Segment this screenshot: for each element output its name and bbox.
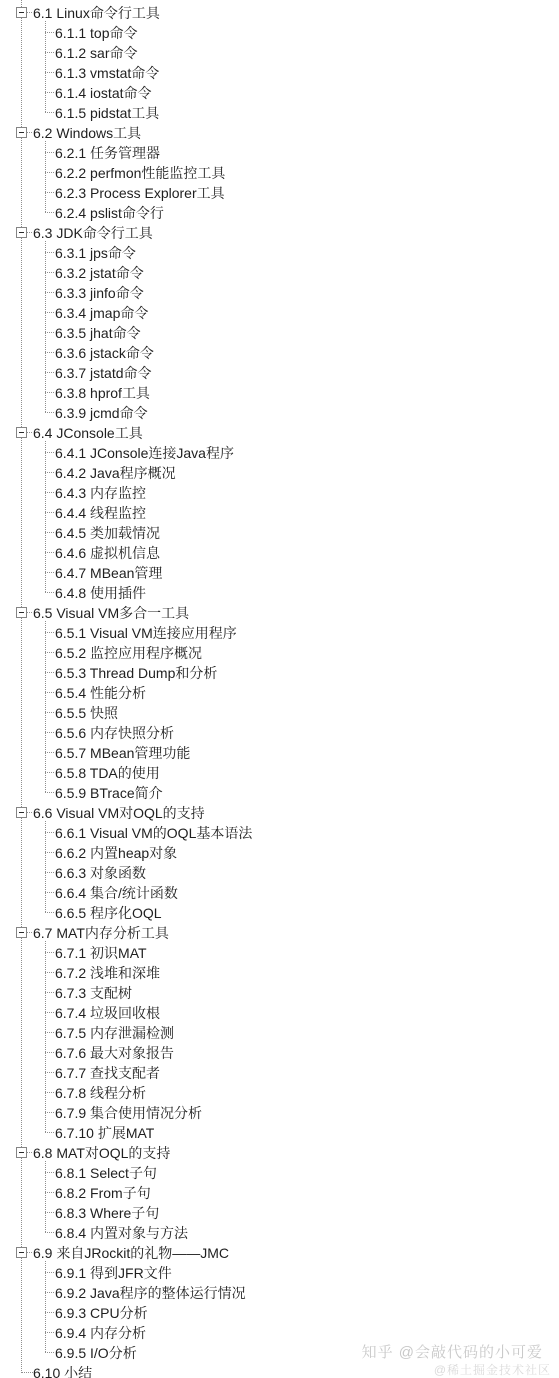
section-label[interactable]: 6.5 Visual VM多合一工具 [33, 603, 189, 623]
item-label[interactable]: 6.1.4 iostat命令 [55, 83, 152, 103]
tree-section-row: 6.3 JDK命令行工具 [0, 223, 559, 243]
collapse-icon[interactable] [16, 807, 27, 818]
tree-item-row: 6.5.3 Thread Dump和分析 [0, 663, 559, 683]
tree-item-row: 6.2.1 任务管理器 [0, 143, 559, 163]
tree-connector-line [45, 821, 46, 913]
tree-item-row: 6.1.1 top命令 [0, 23, 559, 43]
item-label[interactable]: 6.7.8 线程分析 [55, 1083, 146, 1103]
tree-item-row: 6.1.5 pidstat工具 [0, 103, 559, 123]
section-label[interactable]: 6.2 Windows工具 [33, 123, 141, 143]
item-label[interactable]: 6.3.4 jmap命令 [55, 303, 148, 323]
item-label[interactable]: 6.6.2 内置heap对象 [55, 843, 177, 863]
tree-item-row: 6.5.1 Visual VM连接应用程序 [0, 623, 559, 643]
zhihu-watermark: 知乎 @会敲代码的小可爱 [362, 1341, 543, 1362]
tree-item-row: 6.3.8 hprof工具 [0, 383, 559, 403]
item-label[interactable]: 6.2.3 Process Explorer工具 [55, 183, 225, 203]
item-label[interactable]: 6.5.4 性能分析 [55, 683, 146, 703]
tree-item-row: 6.4.3 内存监控 [0, 483, 559, 503]
item-label[interactable]: 6.7.7 查找支配者 [55, 1063, 160, 1083]
item-label[interactable]: 6.3.7 jstatd命令 [55, 363, 152, 383]
collapse-icon[interactable] [16, 127, 27, 138]
tree-connector-line [45, 141, 46, 213]
tree-connector-line [45, 1161, 46, 1233]
item-label[interactable]: 6.5.6 内存快照分析 [55, 723, 174, 743]
item-label[interactable]: 6.2.1 任务管理器 [55, 143, 160, 163]
tree-item-row: 6.6.1 Visual VM的OQL基本语法 [0, 823, 559, 843]
tree-item-row: 6.4.8 使用插件 [0, 583, 559, 603]
tree-item-row: 6.4.6 虚拟机信息 [0, 543, 559, 563]
tree-item-row: 6.6.4 集合/统计函数 [0, 883, 559, 903]
tree-item-row: 6.4.4 线程监控 [0, 503, 559, 523]
item-label[interactable]: 6.3.1 jps命令 [55, 243, 136, 263]
item-label[interactable]: 6.3.5 jhat命令 [55, 323, 141, 343]
tree-item-row: 6.1.2 sar命令 [0, 43, 559, 63]
tree-item-row: 6.7.2 浅堆和深堆 [0, 963, 559, 983]
tree-item-row: 6.2.4 pslist命令行 [0, 203, 559, 223]
item-label[interactable]: 6.8.3 Where子句 [55, 1203, 159, 1223]
tree-item-row: 6.7.4 垃圾回收根 [0, 1003, 559, 1023]
section-label[interactable]: 6.3 JDK命令行工具 [33, 223, 153, 243]
tree-item-row: 6.6.2 内置heap对象 [0, 843, 559, 863]
tree-section-row: 6.6 Visual VM对OQL的支持 [0, 803, 559, 823]
item-label[interactable]: 6.5.3 Thread Dump和分析 [55, 663, 217, 683]
item-label[interactable]: 6.1.2 sar命令 [55, 43, 137, 63]
tree-connector-line [45, 241, 46, 413]
item-label[interactable]: 6.6.4 集合/统计函数 [55, 883, 178, 903]
item-label[interactable]: 6.8.2 From子句 [55, 1183, 151, 1203]
tree-section-row: 6.9 来自JRockit的礼物——JMC [0, 1243, 559, 1263]
tree-connector-line [45, 621, 46, 793]
tree-item-row: 6.5.5 快照 [0, 703, 559, 723]
tree-item-row: 6.9.4 内存分析 [0, 1323, 559, 1343]
tree-item-row: 6.6.5 程序化OQL [0, 903, 559, 923]
item-label[interactable]: 6.5.5 快照 [55, 703, 118, 723]
tree-connector-line [21, 0, 22, 1373]
toc-tree: 6.1 Linux命令行工具6.1.1 top命令6.1.2 sar命令6.1.… [0, 0, 559, 1378]
collapse-icon[interactable] [16, 427, 27, 438]
tree-connector-line [45, 21, 46, 113]
tree-item-row: 6.7.1 初识MAT [0, 943, 559, 963]
tree-item-row: 6.7.7 查找支配者 [0, 1063, 559, 1083]
item-label[interactable]: 6.3.2 jstat命令 [55, 263, 144, 283]
section-label[interactable]: 6.8 MAT对OQL的支持 [33, 1143, 170, 1163]
tree-item-row: 6.8.1 Select子句 [0, 1163, 559, 1183]
tree-item-row: 6.4.1 JConsole连接Java程序 [0, 443, 559, 463]
item-label[interactable]: 6.6.5 程序化OQL [55, 903, 162, 923]
item-label[interactable]: 6.1.1 top命令 [55, 23, 138, 43]
tree-item-row: 6.9.2 Java程序的整体运行情况 [0, 1283, 559, 1303]
collapse-icon[interactable] [16, 607, 27, 618]
item-label[interactable]: 6.7.6 最大对象报告 [55, 1043, 174, 1063]
item-label[interactable]: 6.4.5 类加载情况 [55, 523, 160, 543]
item-label[interactable]: 6.1.5 pidstat工具 [55, 103, 159, 123]
tree-item-row: 6.5.6 内存快照分析 [0, 723, 559, 743]
item-label[interactable]: 6.5.2 监控应用程序概况 [55, 643, 202, 663]
section-label[interactable]: 6.7 MAT内存分析工具 [33, 923, 169, 943]
tree-item-row: 6.5.7 MBean管理功能 [0, 743, 559, 763]
tree-item-row: 6.7.8 线程分析 [0, 1083, 559, 1103]
tree-item-row: 6.2.3 Process Explorer工具 [0, 183, 559, 203]
item-label[interactable]: 6.8.4 内置对象与方法 [55, 1223, 188, 1243]
tree-item-row: 6.7.6 最大对象报告 [0, 1043, 559, 1063]
section-label[interactable]: 6.1 Linux命令行工具 [33, 3, 160, 23]
tree-item-row: 6.3.7 jstatd命令 [0, 363, 559, 383]
item-label[interactable]: 6.4.6 虚拟机信息 [55, 543, 160, 563]
collapse-icon[interactable] [16, 227, 27, 238]
tree-item-row: 6.7.9 集合使用情况分析 [0, 1103, 559, 1123]
item-label[interactable]: 6.9.5 I/O分析 [55, 1343, 137, 1363]
tree-item-row: 6.3.2 jstat命令 [0, 263, 559, 283]
tree-section-row: 6.8 MAT对OQL的支持 [0, 1143, 559, 1163]
item-label[interactable]: 6.4.7 MBean管理 [55, 563, 162, 583]
item-label[interactable]: 6.4.4 线程监控 [55, 503, 146, 523]
item-label[interactable]: 6.1.3 vmstat命令 [55, 63, 159, 83]
item-label[interactable]: 6.4.1 JConsole连接Java程序 [55, 443, 234, 463]
item-label[interactable]: 6.5.1 Visual VM连接应用程序 [55, 623, 237, 643]
item-label[interactable]: 6.3.9 jcmd命令 [55, 403, 148, 423]
tree-item-row: 6.9.3 CPU分析 [0, 1303, 559, 1323]
item-label[interactable]: 6.7.3 支配树 [55, 983, 132, 1003]
tree-connector-line [45, 1261, 46, 1353]
item-label[interactable]: 6.7.4 垃圾回收根 [55, 1003, 160, 1023]
item-label[interactable]: 6.9.3 CPU分析 [55, 1303, 148, 1323]
tree-item-row: 6.3.3 jinfo命令 [0, 283, 559, 303]
tree-item-row: 6.2.2 perfmon性能监控工具 [0, 163, 559, 183]
section-label[interactable]: 6.10 小结 [33, 1363, 92, 1378]
item-label[interactable]: 6.7.5 内存泄漏检测 [55, 1023, 174, 1043]
collapse-icon[interactable] [16, 1247, 27, 1258]
tree-connector-line [45, 941, 46, 1133]
tree-item-row: 6.7.5 内存泄漏检测 [0, 1023, 559, 1043]
tree-item-row: 6.8.3 Where子句 [0, 1203, 559, 1223]
tree-item-row: 6.4.5 类加载情况 [0, 523, 559, 543]
tree-item-row: 6.5.8 TDA的使用 [0, 763, 559, 783]
tree-item-row: 6.4.7 MBean管理 [0, 563, 559, 583]
tree-item-row: 6.3.1 jps命令 [0, 243, 559, 263]
tree-item-row: 6.6.3 对象函数 [0, 863, 559, 883]
item-label[interactable]: 6.5.9 BTrace简介 [55, 783, 163, 803]
item-label[interactable]: 6.3.3 jinfo命令 [55, 283, 144, 303]
tree-item-row: 6.3.5 jhat命令 [0, 323, 559, 343]
item-label[interactable]: 6.2.4 pslist命令行 [55, 203, 164, 223]
tree-item-row: 6.5.2 监控应用程序概况 [0, 643, 559, 663]
item-label[interactable]: 6.9.1 得到JFR文件 [55, 1263, 172, 1283]
section-label[interactable]: 6.9 来自JRockit的礼物——JMC [33, 1243, 229, 1263]
tree-section-row: 6.5 Visual VM多合一工具 [0, 603, 559, 623]
item-label[interactable]: 6.3.6 jstack命令 [55, 343, 154, 363]
section-label[interactable]: 6.6 Visual VM对OQL的支持 [33, 803, 205, 823]
tree-item-row: 6.8.2 From子句 [0, 1183, 559, 1203]
item-label[interactable]: 6.4.3 内存监控 [55, 483, 146, 503]
tree-section-row: 6.1 Linux命令行工具 [0, 3, 559, 23]
item-label[interactable]: 6.7.9 集合使用情况分析 [55, 1103, 202, 1123]
item-label[interactable]: 6.7.10 扩展MAT [55, 1123, 154, 1143]
tree-section-row: 6.4 JConsole工具 [0, 423, 559, 443]
item-label[interactable]: 6.6.1 Visual VM的OQL基本语法 [55, 823, 252, 843]
item-label[interactable]: 6.9.2 Java程序的整体运行情况 [55, 1283, 246, 1303]
tree-item-row: 6.5.9 BTrace简介 [0, 783, 559, 803]
item-label[interactable]: 6.2.2 perfmon性能监控工具 [55, 163, 225, 183]
tree-item-row: 6.7.10 扩展MAT [0, 1123, 559, 1143]
item-label[interactable]: 6.4.8 使用插件 [55, 583, 146, 603]
item-label[interactable]: 6.5.7 MBean管理功能 [55, 743, 190, 763]
tree-item-row: 6.9.1 得到JFR文件 [0, 1263, 559, 1283]
collapse-icon[interactable] [16, 1147, 27, 1158]
item-label[interactable]: 6.9.4 内存分析 [55, 1323, 146, 1343]
item-label[interactable]: 6.8.1 Select子句 [55, 1163, 157, 1183]
tree-item-row: 6.1.4 iostat命令 [0, 83, 559, 103]
tree-item-row: 6.3.9 jcmd命令 [0, 403, 559, 423]
collapse-icon[interactable] [16, 927, 27, 938]
juejin-watermark: @稀土掘金技术社区 [434, 1361, 551, 1378]
item-label[interactable]: 6.3.8 hprof工具 [55, 383, 150, 403]
section-label[interactable]: 6.4 JConsole工具 [33, 423, 143, 443]
tree-item-row: 6.3.4 jmap命令 [0, 303, 559, 323]
tree-item-row: 6.7.3 支配树 [0, 983, 559, 1003]
tree-item-row: 6.4.2 Java程序概况 [0, 463, 559, 483]
item-label[interactable]: 6.7.2 浅堆和深堆 [55, 963, 160, 983]
tree-item-row: 6.8.4 内置对象与方法 [0, 1223, 559, 1243]
item-label[interactable]: 6.6.3 对象函数 [55, 863, 146, 883]
tree-item-row: 6.5.4 性能分析 [0, 683, 559, 703]
tree-item-row: 6.1.3 vmstat命令 [0, 63, 559, 83]
item-label[interactable]: 6.4.2 Java程序概况 [55, 463, 176, 483]
tree-section-row: 6.2 Windows工具 [0, 123, 559, 143]
item-label[interactable]: 6.5.8 TDA的使用 [55, 763, 160, 783]
item-label[interactable]: 6.7.1 初识MAT [55, 943, 147, 963]
tree-connector-line [45, 441, 46, 593]
tree-item-row: 6.3.6 jstack命令 [0, 343, 559, 363]
tree-section-row: 6.7 MAT内存分析工具 [0, 923, 559, 943]
collapse-icon[interactable] [16, 7, 27, 18]
